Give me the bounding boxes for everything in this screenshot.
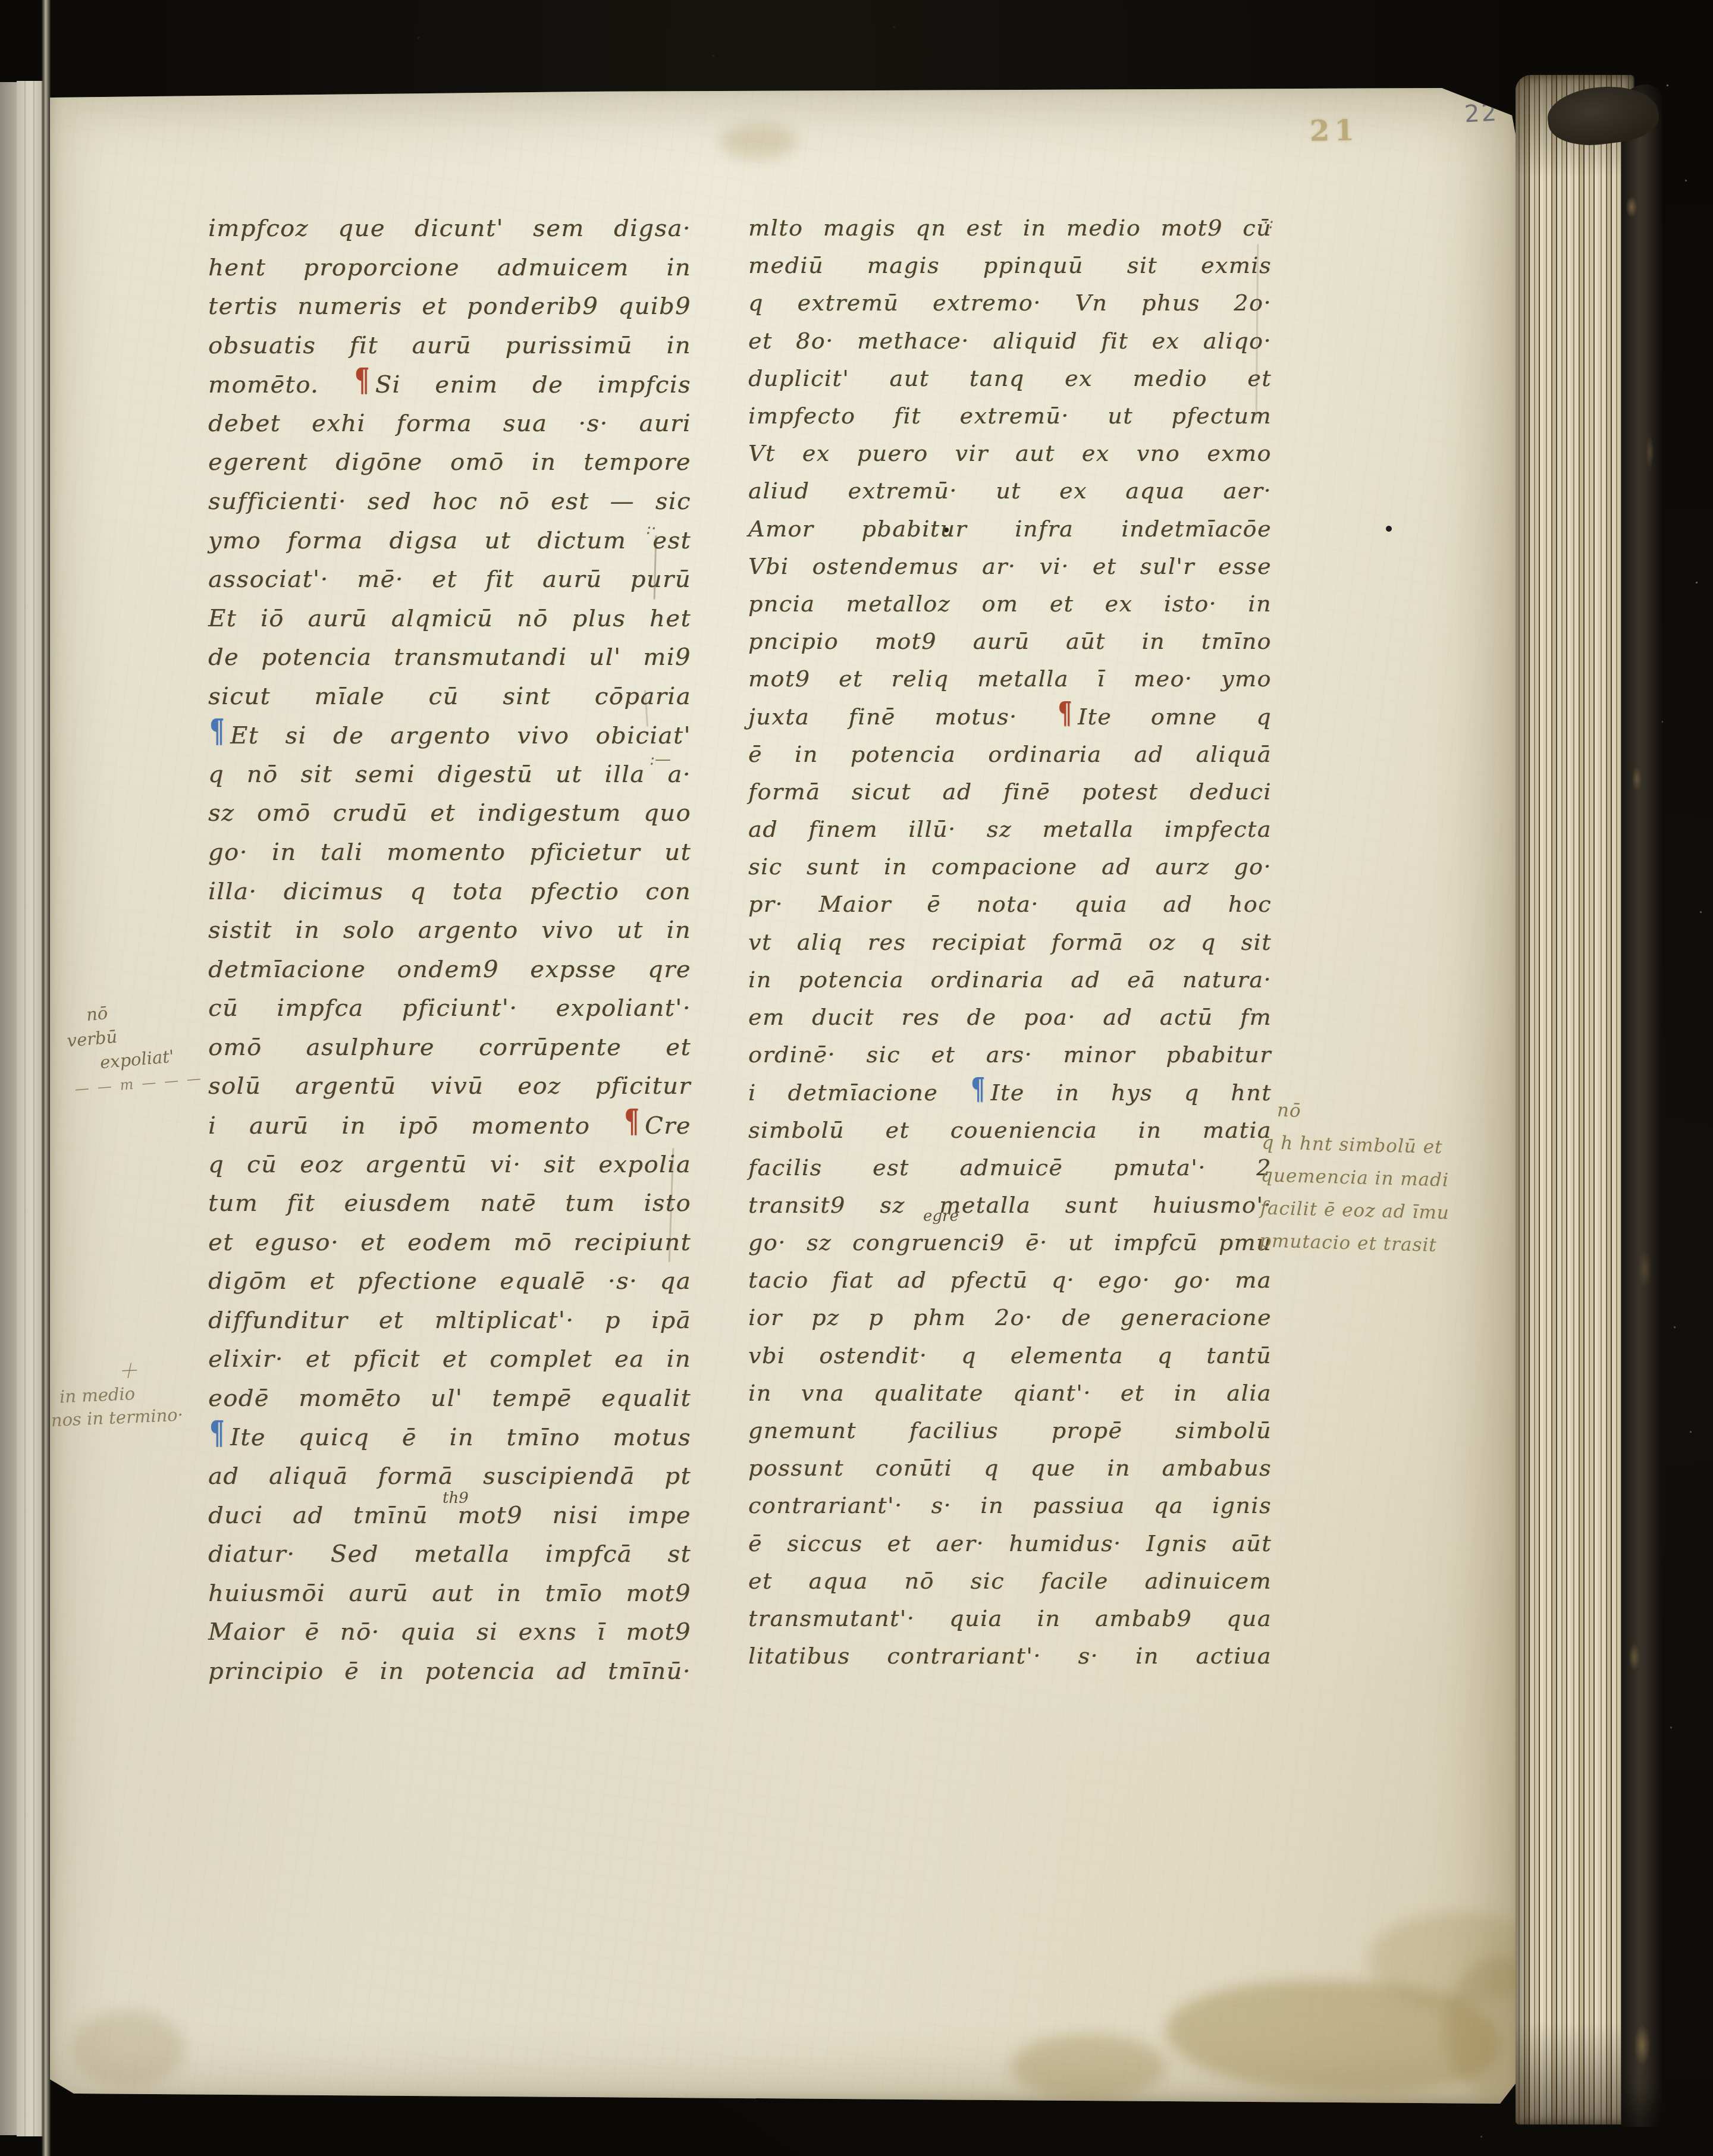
text-line: Vbi ostendemus ar· vi· et sul'r esse	[748, 548, 1272, 585]
text-line: juxta finē motus· ¶Ite omne q	[748, 698, 1272, 735]
text-line: hent proporcione admuicem in	[208, 249, 691, 288]
line-filler-mark: :·	[646, 520, 657, 538]
interlinear-correction: th9	[443, 1489, 469, 1507]
text-line: go· in tali momento pficietur ut	[208, 833, 691, 873]
text-line: et eguso· et eodem mō recipiunt	[208, 1223, 691, 1263]
text-line: pncia metalloz om et ex isto· in	[748, 585, 1272, 623]
pilcrow-initial: ¶	[354, 354, 371, 407]
text-line: solū argentū vivū eoz pficitur	[208, 1067, 691, 1106]
text-line: em ducit res de poa· ad actū fm	[748, 999, 1272, 1036]
text-line: possunt conūti q que in ambabus	[748, 1449, 1272, 1487]
binding-fray	[1615, 84, 1669, 2127]
pilcrow-initial: ¶	[624, 1096, 640, 1148]
text-line: et aqua nō sic facile adinuicem	[748, 1562, 1272, 1600]
text-line: in vna qualitate qiant'· et in alia	[748, 1374, 1272, 1412]
text-line: impfecto fit extremū· ut pfectum	[748, 397, 1272, 435]
text-line: eodē momēto ul' tempē equalit	[208, 1379, 691, 1418]
text-line: ¶Ite quicq ē in tmīno motus	[208, 1418, 691, 1457]
text-line: ordinē· sic et ars· minor pbabitur	[748, 1036, 1272, 1074]
pilcrow-initial: ¶	[1058, 688, 1073, 738]
text-line: illa· dicimus q tota pfectio con	[208, 873, 691, 912]
text-line: pncipio mot9 aurū aūt in tmīno	[748, 623, 1272, 660]
text-line: pr· Maior ē nota· quia ad hoc	[748, 886, 1272, 923]
text-line: principio ē in potencia ad tmīnū·	[208, 1652, 691, 1691]
text-line: ē in potencia ordinaria ad aliquā	[748, 736, 1272, 773]
text-line: q nō sit semi digestū ut illa a·	[208, 755, 691, 795]
text-line: mediū magis ppinquū sit exmis	[748, 247, 1272, 284]
text-line: detmīacione ondem9 expsse qre	[208, 950, 691, 990]
water-stain	[71, 2010, 184, 2088]
manuscript-photo: { "page": { "folio_pencil": "22", "folio…	[0, 0, 1713, 2156]
text-line: digōm et pfectione equalē ·s· qa	[208, 1262, 691, 1301]
margin-note-left-lower: ＋in medionos in termino·	[49, 1354, 248, 1432]
text-line: ymo forma digsa ut dictum est	[208, 522, 691, 561]
text-line: litatibus contrariant'· s· in actiua	[748, 1637, 1272, 1675]
text-line: diffunditur et mltiplicat'· p ipā	[208, 1301, 691, 1341]
water-stain	[1011, 2034, 1166, 2099]
text-line: obsuatis fit aurū purissimū in	[208, 327, 691, 366]
text-line: mlto magis qn est in medio mot9 cū	[748, 209, 1272, 247]
text-line: debet exhi forma sua ·s· auri	[208, 404, 691, 444]
previous-leaf-sliver	[17, 81, 43, 2136]
dust-specks	[0, 0, 2, 2]
text-line: transmutant'· quia in ambab9 qua	[748, 1600, 1272, 1637]
text-line: mot9 et reliq metalla ī meo· ymo	[748, 660, 1272, 698]
text-line: formā sicut ad finē potest deduci	[748, 773, 1272, 811]
text-line: in potencia ordinaria ad eā natura·	[748, 961, 1272, 999]
text-line: aliud extremū· ut ex aqua aer·	[748, 472, 1272, 510]
text-line: tacio fiat ad pfectū q· ego· go· ma	[748, 1261, 1272, 1299]
text-line: transit9 sz metalla sunt huiusmo'·	[748, 1187, 1272, 1224]
text-line: ¶Et si de argento vivo obiciat'	[208, 716, 691, 755]
text-line: Vt ex puero vir aut ex vno exmo	[748, 435, 1272, 472]
text-line: et 8o· methace· aliquid fit ex aliqo·	[748, 322, 1272, 360]
text-line: duplicit' aut tanq ex medio et	[748, 360, 1272, 397]
text-line: Amor pbabitur infra indetmīacōe	[748, 510, 1272, 548]
text-line: vbi ostendit· q elementa q tantū	[748, 1337, 1272, 1374]
text-line: go· sz congruenci9 ē· ut impfcū pmu	[748, 1224, 1272, 1261]
text-line: ad finem illū· sz metalla impfecta	[748, 811, 1272, 848]
text-line: omō asulphure corrūpente et	[208, 1028, 691, 1068]
text-line: sicut mīale cū sint cōparia	[208, 677, 691, 717]
text-line: q cū eoz argentū vi· sit expolia	[208, 1146, 691, 1185]
text-line: sz omō crudū et indigestum quo	[208, 794, 691, 833]
manuscript-page: 22 21 impfcoz que dicunt' sem digsa·hent…	[50, 88, 1518, 2104]
text-line: Maior ē nō· quia si exns ī mot9	[208, 1613, 691, 1652]
water-stain	[720, 124, 797, 159]
ink-speck	[1386, 526, 1392, 532]
text-line: i aurū in ipō momento ¶Cre	[208, 1106, 691, 1146]
text-line: i detmīacione ¶Ite in hys q hnt	[748, 1074, 1272, 1111]
margin-note-left-upper: nōverbūexpoliat'——m———	[64, 989, 250, 1102]
folio-number-old-ink: 21	[1310, 114, 1360, 148]
line-filler-mark: ·:	[1263, 214, 1274, 233]
text-line: cū impfca pficiunt'· expoliant'·	[208, 989, 691, 1028]
pilcrow-initial: ¶	[209, 705, 225, 758]
text-line: Et iō aurū alqmicū nō plus het	[208, 600, 691, 639]
text-line: vt aliq res recipiat formā oz q sit	[748, 924, 1272, 961]
text-line: ē siccus et aer· humidus· Ignis aūt	[748, 1525, 1272, 1562]
text-line: de potencia transmutandi ul' mi9	[208, 638, 691, 677]
previous-leaf-edge-shadow	[0, 82, 18, 2135]
text-line: diatur· Sed metalla impfcā st	[208, 1535, 691, 1574]
text-line: contrariant'· s· in passiua qa ignis	[748, 1487, 1272, 1524]
line-filler-mark: :—	[650, 751, 671, 769]
pilcrow-initial: ¶	[971, 1063, 986, 1114]
text-line: facilis est admuicē pmuta'· 2	[748, 1149, 1272, 1187]
text-line: momēto. ¶Si enim de impfcis	[208, 365, 691, 404]
text-line: sic sunt in compacione ad aurz go·	[748, 848, 1272, 886]
interlinear-correction: egre	[923, 1207, 959, 1225]
text-line: q extremū extremo· Vn phus 2o·	[748, 284, 1272, 322]
left-text-column: impfcoz que dicunt' sem digsa·hent propo…	[208, 209, 691, 1691]
text-line: simbolū et coueniencia in matia	[748, 1112, 1272, 1149]
right-text-column: mlto magis qn est in medio mot9 cūmediū …	[748, 209, 1272, 1676]
text-line: egerent digōne omō in tempore	[208, 443, 691, 482]
text-line: impfcoz que dicunt' sem digsa·	[208, 209, 691, 249]
text-line: ior pz p phm 2o· de generacione	[748, 1299, 1272, 1336]
text-line: gnemunt facilius propē simbolū	[748, 1412, 1272, 1449]
text-line: sistit in solo argento vivo ut in	[208, 911, 691, 950]
text-line: huiusmōi aurū aut in tmīo mot9	[208, 1574, 691, 1614]
page-clamp-bar	[42, 0, 51, 2156]
text-line: associat'· mē· et fit aurū purū	[208, 560, 691, 600]
text-line: tertis numeris et ponderib9 quib9	[208, 287, 691, 327]
text-line: tum fit eiusdem natē tum isto	[208, 1184, 691, 1223]
text-line: elixir· et pficit et complet ea in	[208, 1340, 691, 1379]
text-line: sufficienti· sed hoc nō est — sic	[208, 482, 691, 522]
